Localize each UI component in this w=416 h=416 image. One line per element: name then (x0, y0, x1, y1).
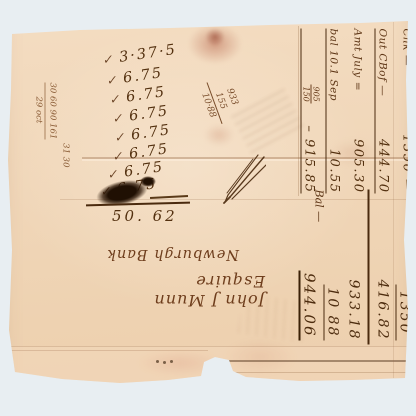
account-value: 1350 (397, 190, 413, 345)
fraction-note: 905 150 (301, 85, 321, 104)
photo-background: ✓3·37·5 ✓6.75 ✓6.75 ✓6.75 ✓6.75 ✓6.75 ✓6… (0, 0, 416, 416)
fold-crease-horizontal (8, 350, 208, 351)
lower-account-block: 1350 416.82 933.18 10 88 944.06 Bal — (301, 190, 413, 345)
fraction-numerator: 905 (310, 85, 321, 104)
ink-rule (367, 190, 369, 345)
seal-stain-core (205, 28, 225, 46)
ink-rule (150, 195, 188, 198)
ink-blot (140, 176, 156, 187)
tally-value: 3·37·5 (118, 42, 178, 66)
account-value: 416.82 (375, 190, 391, 345)
bleed-through-mark (231, 88, 305, 155)
tally-value: 6.75 (125, 84, 167, 105)
fold-crease-horizontal (232, 372, 408, 373)
account-row: Out CBof —444.70 (375, 29, 391, 194)
tally-total: 50. 62 (112, 207, 178, 225)
account-value: 10 88 (324, 190, 340, 345)
check-mark-icon: ✓ (106, 166, 120, 182)
check-mark-icon: ✓ (101, 52, 115, 68)
account-value: 1350 — (400, 134, 415, 193)
check-mark-icon: ✓ (111, 148, 125, 164)
account-value: – 915.85 (302, 125, 317, 193)
fold-flap-shading (0, 346, 416, 387)
fold-crease-horizontal (222, 360, 410, 362)
check-mark-icon: ✓ (113, 129, 127, 145)
account-label: Amt July = (352, 29, 364, 92)
check-mark-icon: ✓ (108, 91, 122, 107)
account-label: Out CBof — (377, 29, 389, 97)
account-row: – 915.85 (301, 29, 317, 194)
margin-note: 31 30 (59, 83, 72, 178)
account-value: 444.70 (376, 139, 391, 194)
address-block: John J Munn Esquire Newburgh Bank (85, 228, 265, 310)
margin-notes-block: 31 30 30 60 90 161 29 oct (4, 83, 72, 178)
account-label: bal 10.1 Sep (328, 29, 340, 102)
tally-value: 6.75 (128, 103, 170, 124)
account-label: Chk — (401, 29, 413, 67)
account-value: 905.30 (351, 139, 366, 194)
balance-label: Bal — (313, 190, 326, 223)
account-row: bal 10.1 Sep10.55 (326, 29, 342, 194)
paper: ✓3·37·5 ✓6.75 ✓6.75 ✓6.75 ✓6.75 ✓6.75 ✓6… (0, 0, 416, 416)
check-mark-icon: ✓ (111, 110, 125, 126)
address-name: John J Munn Esquire (85, 272, 265, 310)
account-row: Amt July =905.30 (351, 29, 366, 194)
address-place: Newburgh Bank (85, 246, 239, 262)
fold-crease-vertical (298, 26, 299, 196)
account-value: 10.55 (327, 149, 342, 194)
arrow-mark (220, 154, 266, 204)
upper-account-block: Chk —1350 — Out CBof —444.70 Amt July =9… (301, 29, 415, 194)
tally-row: ✓3·37·5 (101, 42, 178, 68)
margin-note: 30 60 90 161 (45, 83, 59, 140)
account-value: 933.18 (346, 190, 362, 345)
check-mark-icon: ✓ (105, 72, 119, 88)
account-row: Chk —1350 — (400, 29, 415, 194)
margin-note: 29 oct (32, 83, 45, 178)
fraction-denominator: 150 (301, 85, 311, 104)
tally-value: 6.75 (122, 65, 164, 86)
